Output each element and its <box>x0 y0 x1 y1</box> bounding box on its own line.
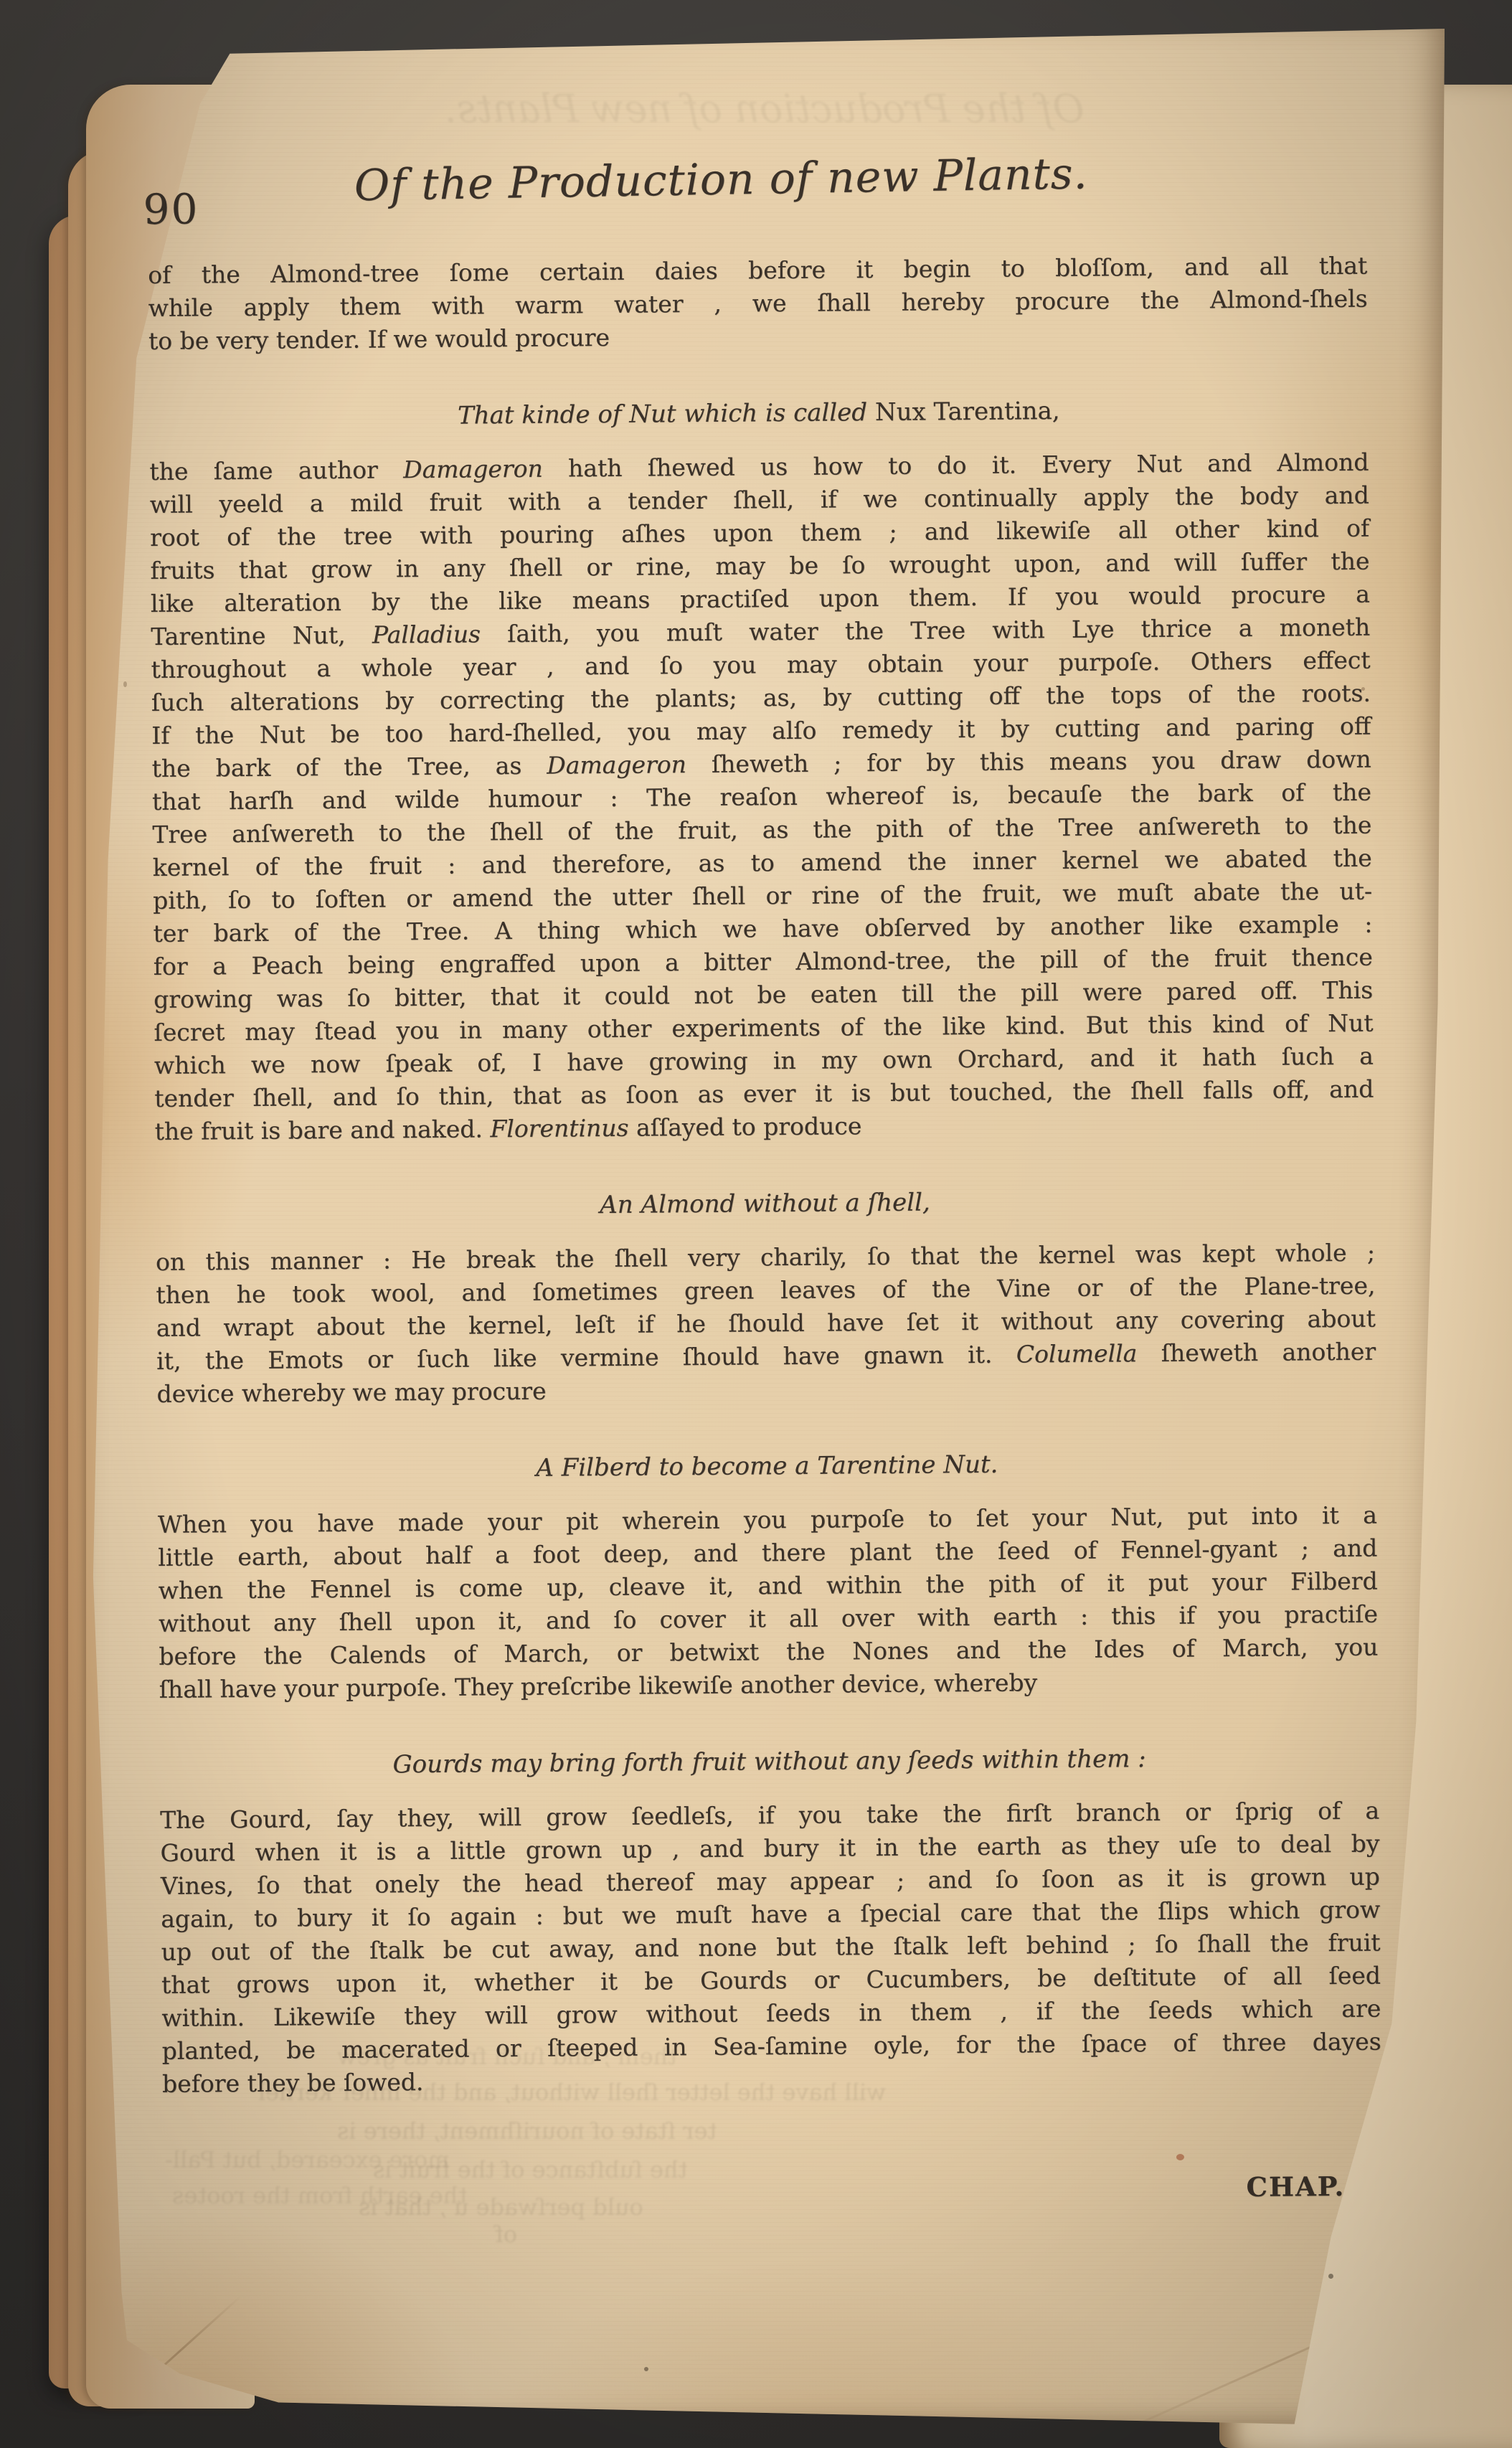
text-segment: it, the Emots or ſuch like vermine ſhoul… <box>156 1341 1016 1375</box>
text-segment: the bark of the Tree, as <box>152 752 547 783</box>
text-segment: while apply them with warm water , we ſh… <box>148 285 1367 322</box>
text-segment: ſheweth ; for by this means you draw dow… <box>686 745 1371 778</box>
paragraph: the ſame author Damageron hath ſhewed us… <box>149 446 1374 1148</box>
text-segment: before the Calends of March, or betwixt … <box>159 1633 1378 1670</box>
text-segment: Tarentine Nut, <box>151 621 372 651</box>
running-title: Of the Production of new Plants. <box>298 148 1145 212</box>
italic-text: Damageron <box>547 750 686 780</box>
text-segment: Nux Tarentina, <box>875 397 1060 427</box>
text-segment: aſſayed to produce <box>628 1112 861 1142</box>
body-text: of the Almond-tree ſome certain daies be… <box>148 250 1381 2101</box>
paper-speck <box>644 2367 648 2371</box>
section-heading: An Almond without a ſhell, <box>155 1183 1374 1224</box>
paragraph: of the Almond-tree ſome certain daies be… <box>148 250 1368 358</box>
text-segment: hath ſhewed us how to do it. Every Nut a… <box>543 448 1369 483</box>
italic-text: Columella <box>1016 1339 1138 1368</box>
text-segment: before they be ſowed. <box>162 2068 424 2098</box>
italic-text: Damageron <box>403 455 543 484</box>
text-segment: to be very tender. If we would procure <box>148 323 610 355</box>
book-photo: { "page_meta": { "page_number": "90", "r… <box>0 0 1512 2448</box>
text-segment: planted, be macerated or ſteeped in Sea-… <box>162 2028 1381 2065</box>
italic-text: That kinde of Nut which is called <box>458 398 875 430</box>
text-column: 90 Of the Production of new Plants. of t… <box>147 150 1382 2211</box>
section-heading: A Filberd to become a Tarentine Nut. <box>157 1446 1376 1487</box>
italic-text: Florentinus <box>490 1114 628 1143</box>
text-segment: ſhall have your purpoſe. They preſcribe … <box>159 1668 1038 1703</box>
paper-speck <box>123 681 127 687</box>
page-number: 90 <box>143 184 199 234</box>
paragraph: on this manner : He break the ſhell very… <box>156 1237 1376 1411</box>
paragraph: When you have made your pit wherein you … <box>158 1499 1379 1706</box>
text-segment: ſheweth another <box>1137 1338 1376 1368</box>
text-segment: device whereby we may procure <box>156 1377 546 1408</box>
italic-text: An Almond without a ſhell, <box>600 1188 930 1219</box>
page-header: 90 Of the Production of new Plants. <box>147 150 1367 259</box>
text-segment: tender ſhell, and ſo thin, that as ſoon … <box>154 1075 1374 1112</box>
italic-text: Gourds may bring forth fruit without any… <box>392 1744 1145 1779</box>
paper-speck <box>1328 2274 1333 2279</box>
section-heading: That kinde of Nut which is called Nux Ta… <box>149 393 1369 434</box>
italic-text: Palladius <box>372 620 481 648</box>
text-segment: the fruit is bare and naked. <box>154 1115 490 1145</box>
text-segment: the ſame author <box>149 455 403 486</box>
paragraph: The Gourd, ſay they, will grow ſeedleſs,… <box>160 1795 1381 2101</box>
text-segment: ſaith, you muſt water the Tree with Lye … <box>481 613 1371 648</box>
section-heading: Gourds may bring forth fruit without any… <box>159 1742 1379 1782</box>
italic-text: A Filberd to become a Tarentine Nut. <box>536 1450 998 1483</box>
